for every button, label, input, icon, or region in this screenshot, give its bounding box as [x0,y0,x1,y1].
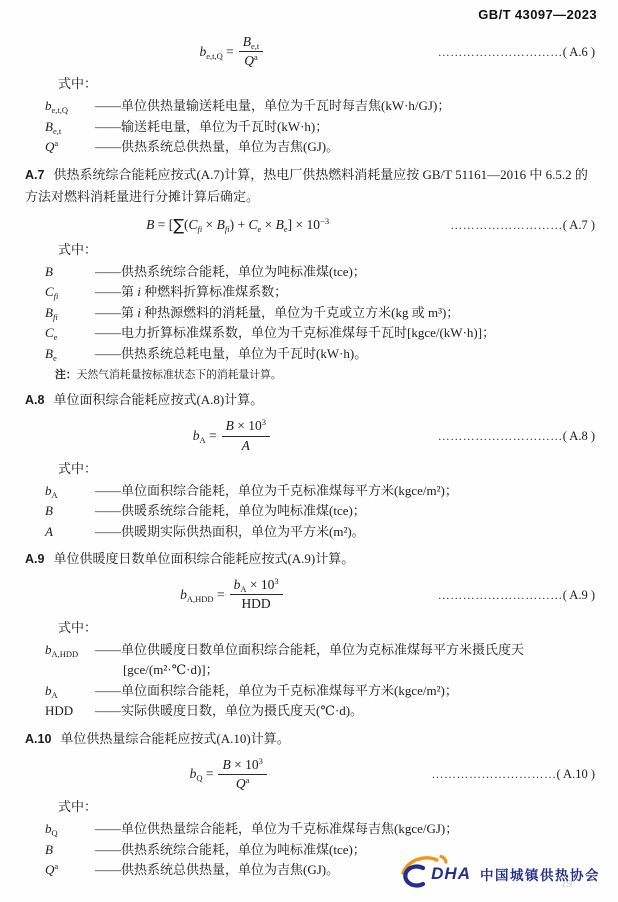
formula-lhs: B = [∑(Cfi × Bfi) + Ce × Be] × 10−3 [146,215,329,235]
formula-A.6: be,t,Q =Be,tQa…………………………( A.6 ) [25,34,595,69]
formula-leader-dots: ………………………… [431,767,556,781]
symbol: be,t,Q [45,96,95,117]
fraction-denominator: Qa [236,775,250,792]
symbol-definition: B——供暖系统综合能耗，单位为吨标准煤(tce)； [25,501,595,522]
fraction-denominator: HDD [241,595,270,612]
symbols-intro: 式中： [25,797,595,817]
footer-logo: DHA 中国城镇供热协会 [397,853,600,894]
symbol-description: ——供热系统总供热量，单位为吉焦(GJ)。 [95,137,595,158]
formula-number: ( A.8 ) [563,429,595,443]
symbol: Bfi [45,303,95,324]
formula-number: ( A.9 ) [563,588,595,602]
formula-expression: bQ =B × 103Qa [25,757,431,792]
symbol-description: ——电力折算标准煤系数，单位为千克标准煤每千瓦时[kgce/(kW·h)]； [95,323,595,344]
formula-reference: …………………………( A.6 ) [438,42,595,62]
formula-lhs: bQ = [190,764,214,784]
symbol-definition: Qa——供热系统总供热量，单位为吉焦(GJ)。 [25,137,595,158]
section-number: A.8 [25,393,44,407]
note-label: 注： [55,369,77,381]
fraction: B × 103Qa [218,757,266,792]
symbol-definition: bQ——单位供热量综合能耗，单位为千克标准煤每吉焦(kgce/GJ)； [25,819,595,840]
symbol: HDD [45,701,95,722]
symbol: Qa [45,860,95,881]
symbol-description: ——单位面积综合能耗，单位为千克标准煤每平方米(kgce/m²)； [95,681,595,702]
formula-lhs: bA,HDD = [180,585,224,605]
symbol: Be,t [45,117,95,138]
symbol-definition: Cfi——第 i 种燃料折算标准煤系数； [25,282,595,303]
symbols-intro: 式中： [25,240,595,260]
formula-expression: bA,HDD =bA × 103HDD [25,577,438,612]
symbol-definition: bA,HDD——单位供暖度日数单位面积综合能耗，单位为克标准煤每平方米摄氏度天[… [25,640,595,681]
symbol-definition: Be——供热系统总耗电量，单位为千瓦时(kW·h)。 [25,344,595,365]
formula-leader-dots: ………………………… [438,429,563,443]
symbol-definition: bA——单位面积综合能耗，单位为千克标准煤每平方米(kgce/m²)； [25,481,595,502]
symbol-description: ——输送耗电量，单位为千瓦时(kW·h)； [95,117,595,138]
symbol: B [45,501,95,522]
symbol-description: ——第 i 种热源燃料的消耗量，单位为千克或立方米(kg 或 m³)； [95,303,595,324]
symbol-description: ——实际供暖度日数，单位为摄氏度天(℃·d)。 [95,701,595,722]
formula-reference: …………………………( A.9 ) [438,585,595,605]
symbol: bA [45,681,95,702]
symbol: A [45,522,95,543]
symbol-definition: HDD——实际供暖度日数，单位为摄氏度天(℃·d)。 [25,701,595,722]
formula-A.8: bA =B × 103A…………………………( A.8 ) [25,418,595,453]
formula-A.9: bA,HDD =bA × 103HDD…………………………( A.9 ) [25,577,595,612]
section-heading-text: 单位供热量综合能耗应按式(A.10)计算。 [60,731,289,746]
symbol: bA,HDD [45,640,95,681]
formula-number: ( A.6 ) [563,45,595,59]
symbol: Cfi [45,282,95,303]
fraction-denominator: A [242,437,250,454]
symbol-definition: A——供暖期实际供热面积，单位为平方米(m²)。 [25,522,595,543]
logo-acronym: DHA [431,864,471,884]
symbol: B [45,840,95,861]
symbol-definition: Ce——电力折算标准煤系数，单位为千克标准煤每千瓦时[kgce/(kW·h)]； [25,323,595,344]
note: 注：天然气消耗量按标准状态下的消耗量计算。 [25,367,595,383]
fraction: bA × 103HDD [230,577,283,612]
formula-A.10: bQ =B × 103Qa…………………………( A.10 ) [25,757,595,792]
section-heading-A.7: A.7供热系统综合能耗应按式(A.7)计算，热电厂供热燃料消耗量应按 GB/T … [25,164,595,208]
symbol: bQ [45,819,95,840]
formula-A.7: B = [∑(Cfi × Bfi) + Ce × Be] × 10−3……………… [25,215,595,235]
symbol-definition: bA——单位面积综合能耗，单位为千克标准煤每平方米(kgce/m²)； [25,681,595,702]
standard-code-header: GB/T 43097—2023 [478,7,597,22]
formula-reference: ………………………( A.7 ) [450,215,595,235]
symbol-description: ——单位供热量综合能耗，单位为千克标准煤每吉焦(kgce/GJ)； [95,819,595,840]
formula-expression: bA =B × 103A [25,418,438,453]
section-number: A.9 [25,552,44,566]
symbol-description: ——单位供暖度日数单位面积综合能耗，单位为克标准煤每平方米摄氏度天[gce/(m… [95,640,595,681]
formula-number: ( A.10 ) [556,767,595,781]
symbol-description: ——供热系统总耗电量，单位为千瓦时(kW·h)。 [95,344,595,365]
section-heading-text: 供热系统综合能耗应按式(A.7)计算，热电厂供热燃料消耗量应按 GB/T 511… [25,167,588,204]
symbol: Be [45,344,95,365]
symbol-description: ——第 i 种燃料折算标准煤系数； [95,282,595,303]
formula-expression: be,t,Q =Be,tQa [25,34,438,69]
formula-leader-dots: ……………………… [450,218,563,232]
symbol-description: ——单位面积综合能耗，单位为千克标准煤每平方米(kgce/m²)； [95,481,595,502]
fraction-denominator: Qa [244,52,258,69]
formula-reference: …………………………( A.8 ) [438,426,595,446]
symbols-intro: 式中： [25,74,595,94]
section-heading-A.8: A.8单位面积综合能耗应按式(A.8)计算。 [25,389,595,411]
symbol-definition: Be,t——输送耗电量，单位为千瓦时(kW·h)； [25,117,595,138]
symbol-description: ——供热系统综合能耗，单位为吨标准煤(tce)； [95,262,595,283]
symbol-description: ——供暖期实际供热面积，单位为平方米(m²)。 [95,522,595,543]
footer: DHA 中国城镇供热协会 [397,853,600,894]
formula-reference: …………………………( A.10 ) [431,764,595,784]
symbol-definition: Bfi——第 i 种热源燃料的消耗量，单位为千克或立方米(kg 或 m³)； [25,303,595,324]
fraction-numerator: B × 103 [218,757,266,775]
symbol-description: ——供暖系统综合能耗，单位为吨标准煤(tce)； [95,501,595,522]
document-body: be,t,Q =Be,tQa…………………………( A.6 )式中：be,t,Q… [25,27,595,881]
section-heading-A.9: A.9单位供暖度日数单位面积综合能耗应按式(A.9)计算。 [25,548,595,570]
section-number: A.10 [25,732,51,746]
symbol-definition: B——供热系统综合能耗，单位为吨标准煤(tce)； [25,262,595,283]
formula-leader-dots: ………………………… [438,45,563,59]
formula-number: ( A.7 ) [563,218,595,232]
fraction-numerator: bA × 103 [230,577,283,595]
formula-lhs: bA = [193,426,217,446]
logo-name: 中国城镇供热协会 [480,864,600,884]
fraction-numerator: Be,t [239,34,264,52]
formula-leader-dots: ………………………… [438,588,563,602]
symbols-intro: 式中： [25,459,595,479]
section-number: A.7 [25,168,44,182]
fraction: B × 103A [222,418,270,453]
symbol: bA [45,481,95,502]
section-heading-A.10: A.10单位供热量综合能耗应按式(A.10)计算。 [25,728,595,750]
symbol: Ce [45,323,95,344]
symbol: Qa [45,137,95,158]
symbol-description: ——单位供热量输送耗电量，单位为千瓦时每吉焦(kW·h/GJ)； [95,96,595,117]
symbol-definition: be,t,Q——单位供热量输送耗电量，单位为千瓦时每吉焦(kW·h/GJ)； [25,96,595,117]
section-heading-text: 单位供暖度日数单位面积综合能耗应按式(A.9)计算。 [53,551,354,566]
section-heading-text: 单位面积综合能耗应按式(A.8)计算。 [53,392,263,407]
fraction: Be,tQa [239,34,264,69]
symbol: B [45,262,95,283]
symbols-intro: 式中： [25,618,595,638]
formula-expression: B = [∑(Cfi × Bfi) + Ce × Be] × 10−3 [25,215,450,235]
fraction-numerator: B × 103 [222,418,270,436]
formula-lhs: be,t,Q = [199,42,233,62]
note-text: 天然气消耗量按标准状态下的消耗量计算。 [77,369,282,381]
page: GB/T 43097—2023 be,t,Q =Be,tQa…………………………… [0,0,618,902]
